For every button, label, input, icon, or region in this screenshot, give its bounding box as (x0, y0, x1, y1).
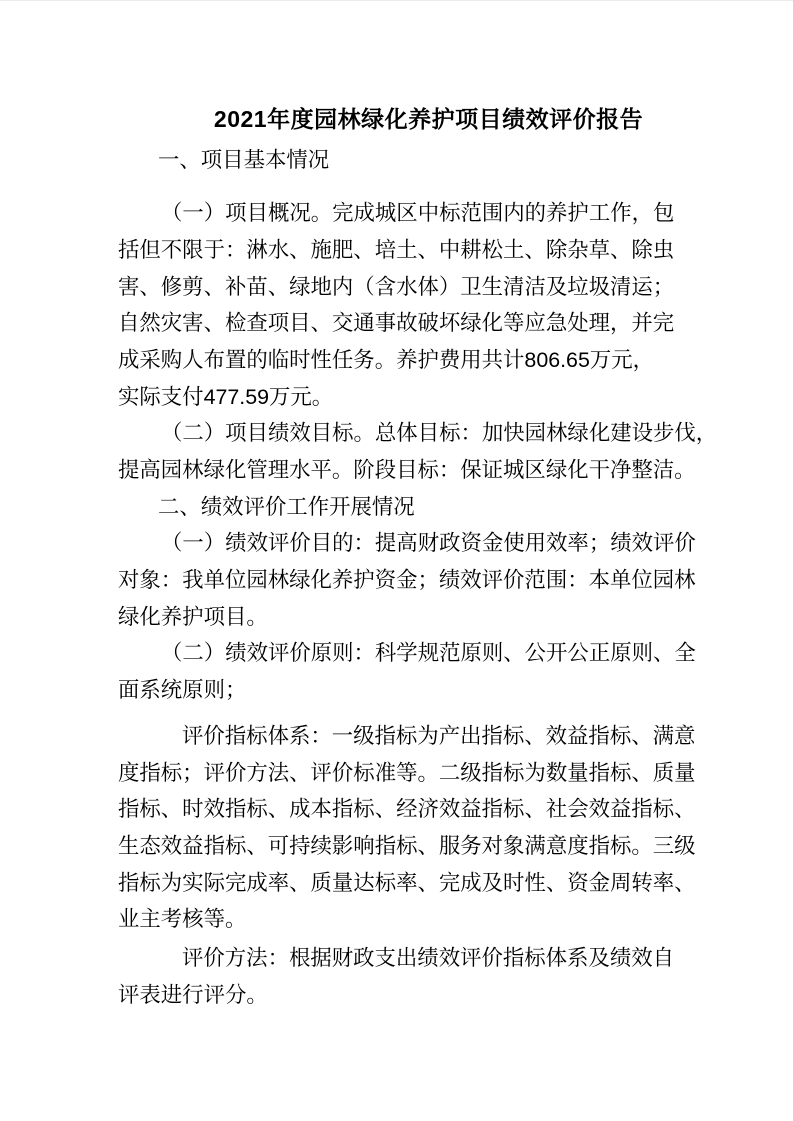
paragraph: （二）绩效评价原则：科学规范原则、公开公正原则、全面系统原则； (118, 634, 675, 707)
text-line: 自然灾害、检查项目、交通事故破坏绿化等应急处理，并完 (118, 303, 675, 340)
text-line: 业主考核等。 (118, 899, 675, 936)
text-line: （一）项目概况。完成城区中标范围内的养护工作，包 (118, 193, 675, 230)
paragraph: 评价方法：根据财政支出绩效评价指标体系及绩效自评表进行评分。 (118, 938, 675, 1011)
paragraph: 评价指标体系：一级指标为产出指标、效益指标、满意度指标；评价方法、评价标准等。二… (118, 716, 675, 936)
text-line: 成采购人布置的临时性任务。养护费用共计806.65万元， (118, 340, 675, 377)
paragraph: （一）项目概况。完成城区中标范围内的养护工作，包括但不限于：淋水、施肥、培土、中… (118, 193, 675, 413)
text-line: 评价方法：根据财政支出绩效评价指标体系及绩效自 (118, 938, 675, 975)
text-line: 实际支付477.59万元。 (118, 377, 675, 414)
text-line: 面系统原则； (118, 670, 675, 707)
text-line: 评表进行评分。 (118, 975, 675, 1012)
text-line: 对象：我单位园林绿化养护资金；绩效评价范围：本单位园林 (118, 560, 675, 597)
document-page: 2021年度园林绿化养护项目绩效评价报告一、项目基本情况（一）项目概况。完成城区… (0, 0, 793, 1121)
text-line: 度指标；评价方法、评价标准等。二级指标为数量指标、质量 (118, 753, 675, 790)
text-line: 2021年度园林绿化养护项目绩效评价报告 (118, 99, 675, 136)
text-line: （二）项目绩效目标。总体目标：加快园林绿化建设步伐， (118, 414, 675, 451)
text-line: 一、项目基本情况 (118, 140, 675, 177)
paragraph: （一）绩效评价目的：提高财政资金使用效率；绩效评价对象：我单位园林绿化养护资金；… (118, 524, 675, 634)
text-line: 二、绩效评价工作开展情况 (118, 487, 675, 524)
text-line: 害、修剪、补苗、绿地内（含水体）卫生清洁及垃圾清运； (118, 267, 675, 304)
text-line: 指标为实际完成率、质量达标率、完成及时性、资金周转率、 (118, 863, 675, 900)
document-title: 2021年度园林绿化养护项目绩效评价报告 (118, 99, 675, 136)
paragraph: （二）项目绩效目标。总体目标：加快园林绿化建设步伐，提高园林绿化管理水平。阶段目… (118, 414, 675, 487)
text-line: （一）绩效评价目的：提高财政资金使用效率；绩效评价 (118, 524, 675, 561)
text-line: 提高园林绿化管理水平。阶段目标：保证城区绿化干净整洁。 (118, 450, 675, 487)
text-line: 生态效益指标、可持续影响指标、服务对象满意度指标。三级 (118, 826, 675, 863)
text-line: 括但不限于：淋水、施肥、培土、中耕松土、除杂草、除虫 (118, 230, 675, 267)
text-line: 绿化养护项目。 (118, 597, 675, 634)
text-line: 指标、时效指标、成本指标、经济效益指标、社会效益指标、 (118, 789, 675, 826)
document-content: 2021年度园林绿化养护项目绩效评价报告一、项目基本情况（一）项目概况。完成城区… (118, 1, 675, 1012)
text-line: 评价指标体系：一级指标为产出指标、效益指标、满意 (118, 716, 675, 753)
section-heading: 一、项目基本情况 (118, 140, 675, 177)
section-heading: 二、绩效评价工作开展情况 (118, 487, 675, 524)
text-line: （二）绩效评价原则：科学规范原则、公开公正原则、全 (118, 634, 675, 671)
